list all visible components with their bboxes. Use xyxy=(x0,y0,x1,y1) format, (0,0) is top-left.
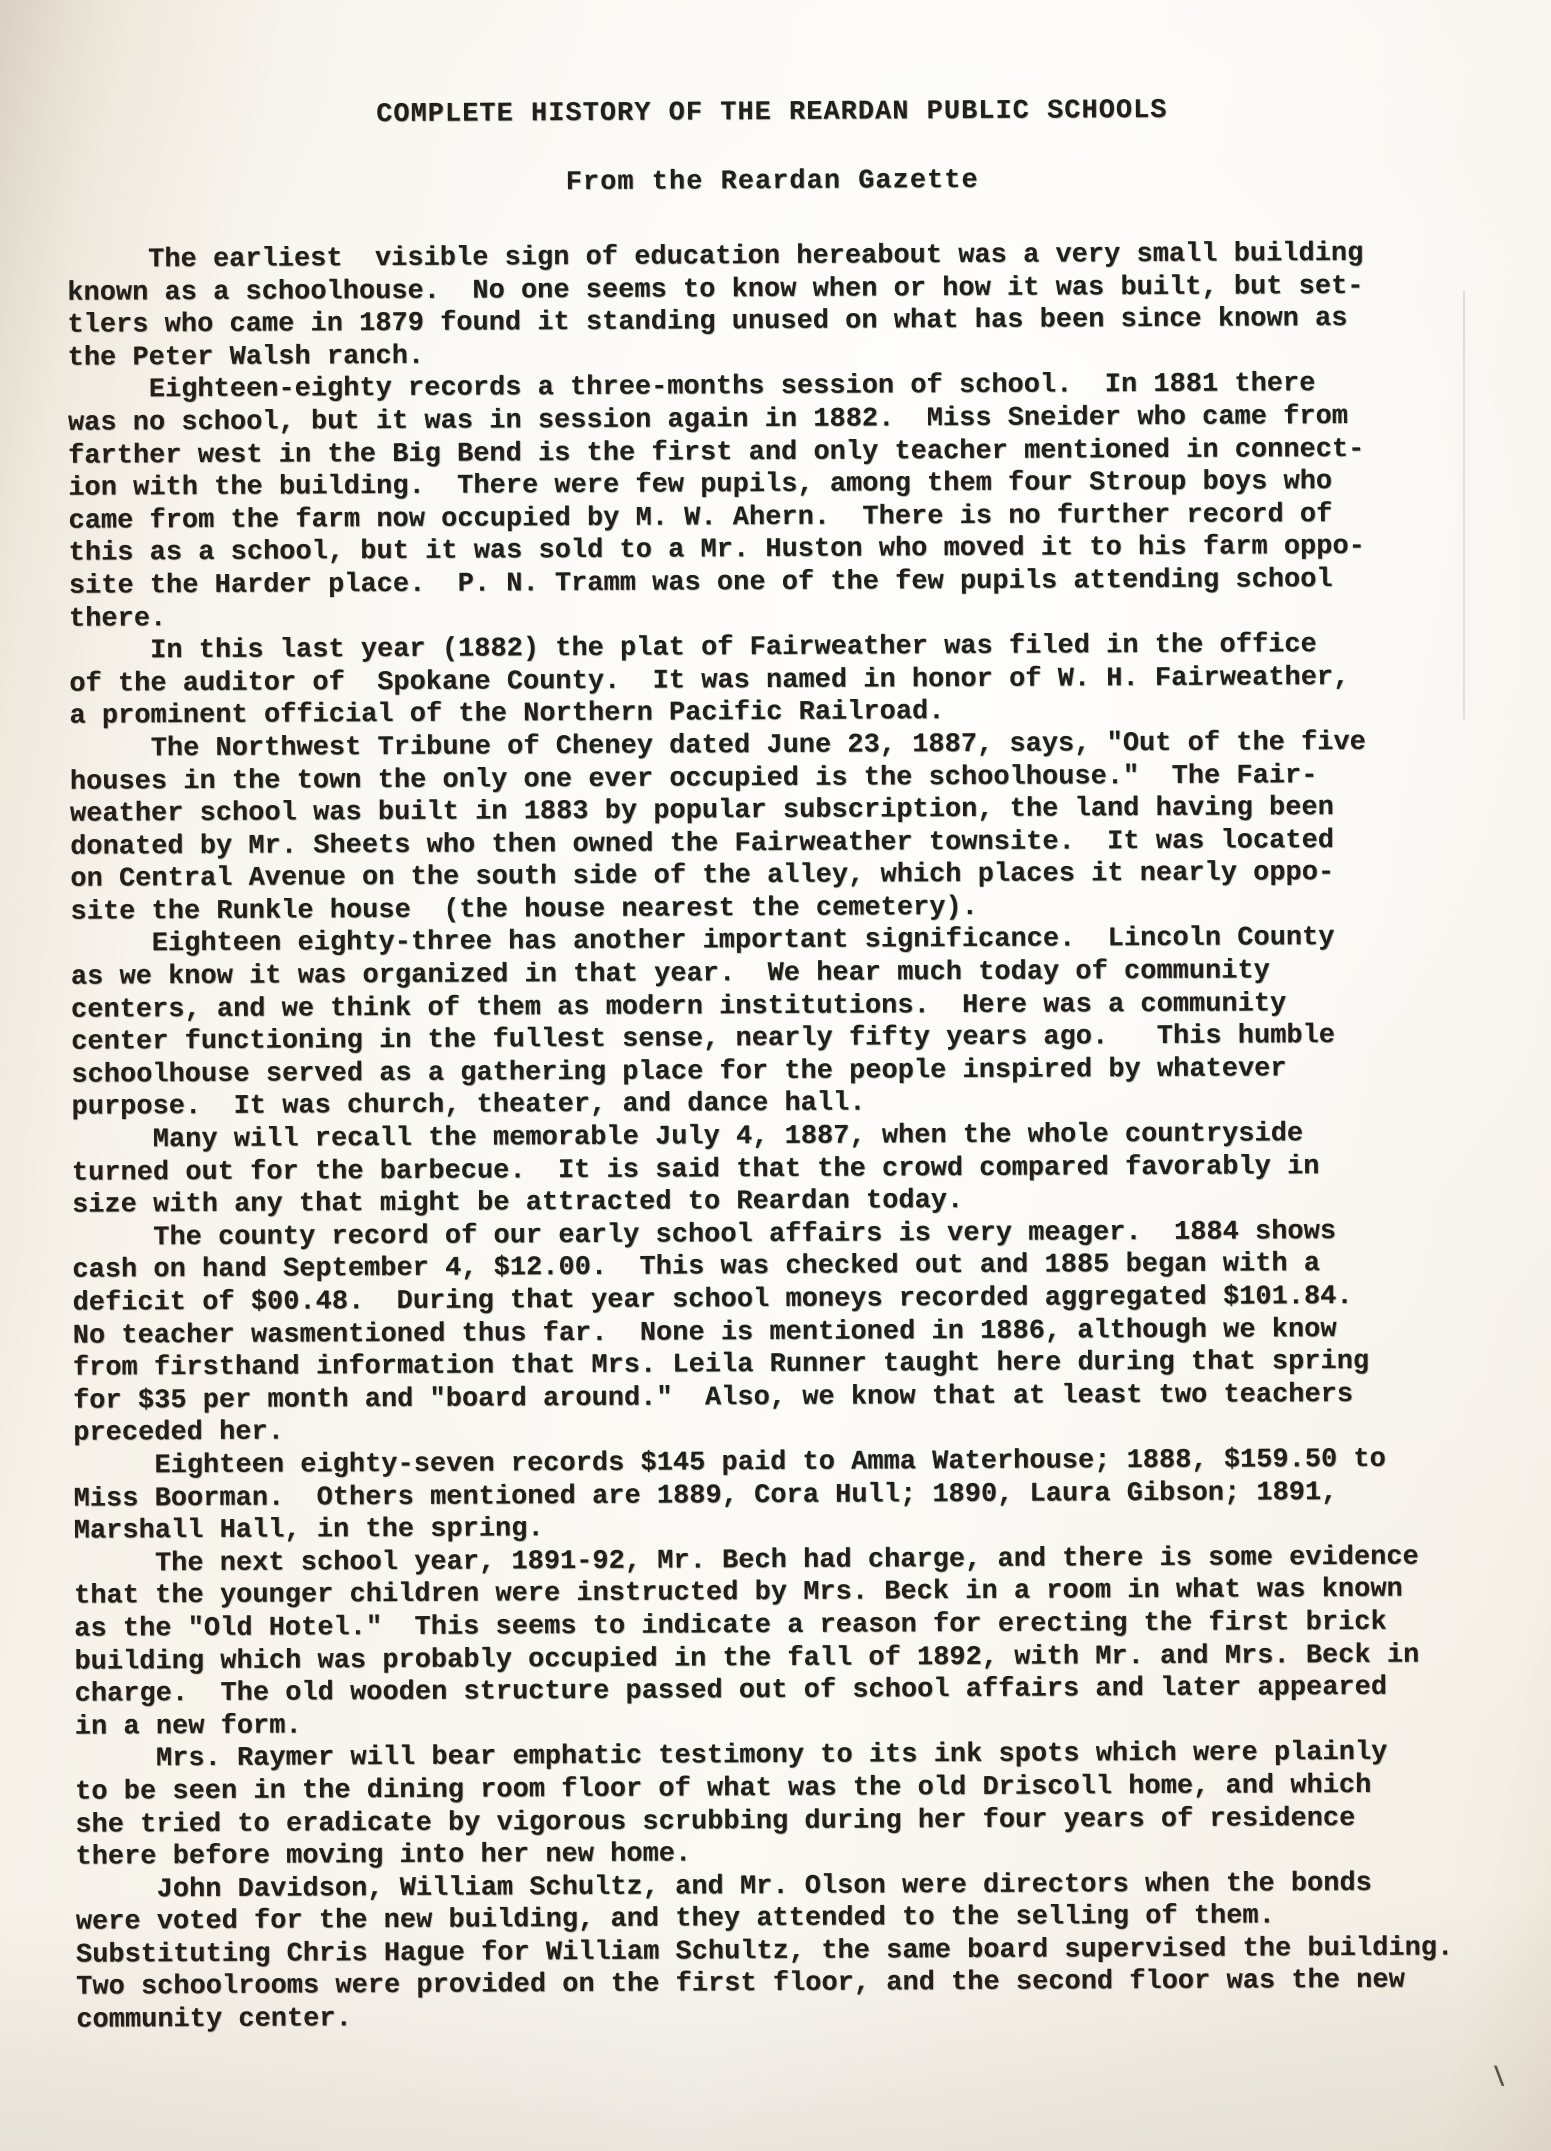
paragraph: Mrs. Raymer will bear emphatic testimony… xyxy=(75,1736,1537,1874)
scan-artifact-mark: \ xyxy=(1489,2062,1509,2094)
paragraph: Eighteen-eighty records a three-months s… xyxy=(68,367,1530,635)
paragraph: Many will recall the memorable July 4, 1… xyxy=(72,1117,1533,1222)
scan-artifact-line xyxy=(1463,290,1465,720)
document-sheet: COMPLETE HISTORY OF THE REARDAN PUBLIC S… xyxy=(0,0,1551,2038)
paragraph: Eighteen eighty-three has another import… xyxy=(71,922,1533,1125)
document-subtitle: From the Reardan Gazette xyxy=(0,163,1548,201)
paragraph: The earliest visible sign of education h… xyxy=(67,237,1529,375)
paragraph: Eighteen eighty-seven records $145 paid … xyxy=(73,1443,1534,1548)
paragraph: The county record of our early school af… xyxy=(72,1215,1534,1451)
paragraph: John Davidson, William Schultz, and Mr. … xyxy=(76,1867,1538,2038)
paragraph: In this last year (1882) the plat of Fai… xyxy=(69,628,1530,733)
document-body: The earliest visible sign of education h… xyxy=(0,237,1551,2038)
paragraph: The Northwest Tribune of Cheney dated Ju… xyxy=(70,726,1532,929)
paragraph: The next school year, 1891-92, Mr. Bech … xyxy=(74,1541,1536,1744)
document-title: COMPLETE HISTORY OF THE REARDAN PUBLIC S… xyxy=(0,94,1547,132)
scanned-document-page: COMPLETE HISTORY OF THE REARDAN PUBLIC S… xyxy=(0,0,1551,2151)
text-line: community center. xyxy=(76,1997,1537,2037)
